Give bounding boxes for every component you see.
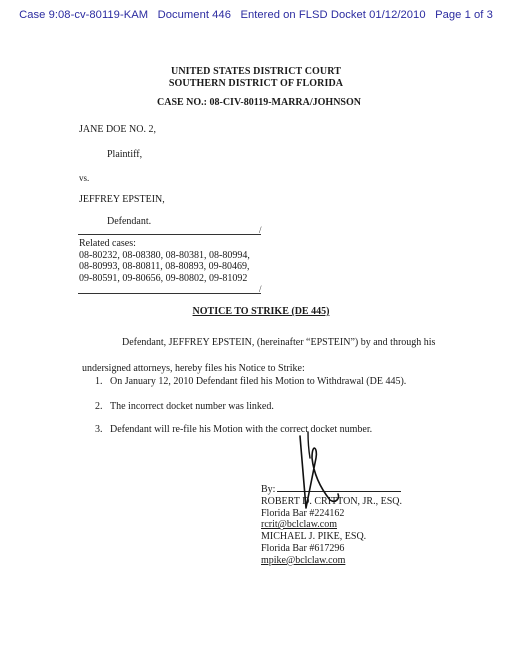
item-number: 3. <box>95 424 110 435</box>
court-name: UNITED STATES DISTRICT COURT <box>0 66 512 78</box>
handwritten-signature-icon <box>288 428 348 518</box>
related-cases: Related cases: 08-80232, 08-08380, 08-80… <box>79 238 250 284</box>
page-count-stamp: Page 1 of 3 <box>435 9 493 21</box>
case-number-stamp: Case 9:08-cv-80119-KAM <box>19 9 148 21</box>
plaintiff-name: JANE DOE NO. 2, <box>79 124 156 135</box>
item-number: 2. <box>95 401 110 412</box>
attorney-2-email-link[interactable]: mpike@bclclaw.com <box>261 555 345 566</box>
notice-title: NOTICE TO STRIKE (DE 445) <box>0 306 512 317</box>
caption-divider <box>78 234 261 235</box>
item-number: 1. <box>95 376 110 387</box>
intro-line-1: Defendant, JEFFREY EPSTEIN, (hereinafter… <box>122 337 435 348</box>
versus-label: vs. <box>79 173 89 183</box>
caption-divider-slash: / <box>259 225 262 235</box>
related-cases-line: 08-80232, 08-08380, 08-80381, 08-80994, <box>79 250 250 262</box>
court-heading: UNITED STATES DISTRICT COURT SOUTHERN DI… <box>0 66 512 90</box>
attorney-2-name: MICHAEL J. PIKE, ESQ. <box>261 531 402 543</box>
case-number: CASE NO.: 08-CIV-80119-MARRA/JOHNSON <box>0 97 512 108</box>
attorney-2-bar: Florida Bar #617296 <box>261 543 402 555</box>
item-text: On January 12, 2010 Defendant filed his … <box>110 376 406 387</box>
numbered-item: 2.The incorrect docket number was linked… <box>95 401 274 412</box>
by-label: By: <box>261 484 275 495</box>
entered-date-stamp: Entered on FLSD Docket 01/12/2010 <box>240 9 425 21</box>
defendant-role: Defendant. <box>107 216 151 227</box>
related-cases-label: Related cases: <box>79 238 250 250</box>
item-text: The incorrect docket number was linked. <box>110 401 274 412</box>
attorney-1-email-link[interactable]: rcrit@bclclaw.com <box>261 519 337 530</box>
defendant-name: JEFFREY EPSTEIN, <box>79 194 165 205</box>
document-number-stamp: Document 446 <box>158 9 231 21</box>
docket-header-stamp: Case 9:08-cv-80119-KAM Document 446 Ente… <box>0 9 512 21</box>
plaintiff-role: Plaintiff, <box>107 149 142 160</box>
related-divider-slash: / <box>259 284 262 294</box>
numbered-item: 1.On January 12, 2010 Defendant filed hi… <box>95 376 406 387</box>
intro-paragraph: Defendant, JEFFREY EPSTEIN, (hereinafter… <box>82 330 440 382</box>
related-cases-line: 08-80993, 08-80811, 08-80893, 09-80469, <box>79 261 250 273</box>
court-district: SOUTHERN DISTRICT OF FLORIDA <box>0 78 512 90</box>
related-cases-divider <box>78 293 261 294</box>
related-cases-line: 09-80591, 09-80656, 09-80802, 09-81092 <box>79 273 250 285</box>
